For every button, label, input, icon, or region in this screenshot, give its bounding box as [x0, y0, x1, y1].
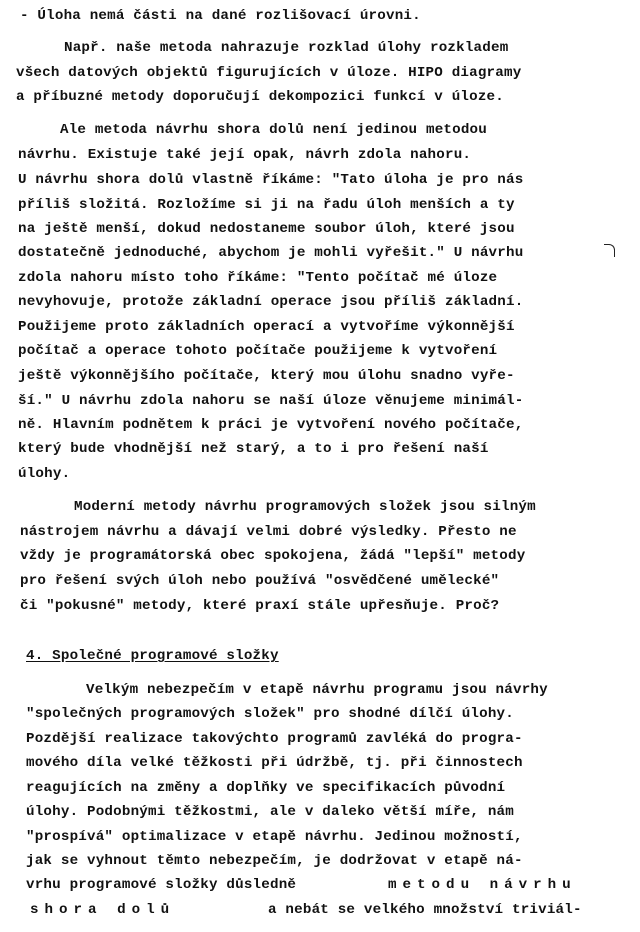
typewritten-page: - Úloha nemá části na dané rozlišovací ú… [0, 0, 640, 932]
text-line: U návrhu shora dolů vlastně říkáme: "Tat… [18, 170, 523, 190]
text-line: Použijeme proto základních operací a vyt… [18, 317, 515, 337]
text-line: ně. Hlavním podnětem k práci je vytvořen… [18, 415, 523, 435]
text-line: pro řešení svých úloh nebo používá "osvě… [20, 571, 499, 591]
text-line: jak se vyhnout těmto nebezpečím, je dodr… [26, 851, 523, 871]
text-line: vrhu programové složky důsledně [26, 875, 296, 895]
text-line: mového díla velké těžkosti při údržbě, t… [26, 753, 523, 773]
emphasized-spaced-text: shora dolů [30, 900, 175, 920]
text-line: reagujících na změny a doplňky ve specif… [26, 778, 505, 798]
text-line: úlohy. [18, 464, 70, 484]
paragraph-start-line: Velkým nebezpečím v etapě návrhu program… [86, 680, 548, 700]
text-line: nevyhovuje, protože základní operace jso… [18, 292, 523, 312]
text-line: ší." U návrhu zdola nahoru se naší úloze… [18, 391, 523, 411]
text-line: Pozdější realizace takovýchto programů z… [26, 729, 523, 749]
text-line: příliš složitá. Rozložíme si ji na řadu … [18, 195, 515, 215]
text-line: počítač a operace tohoto počítače použij… [18, 341, 497, 361]
margin-correction-mark [604, 244, 615, 257]
text-line: a nebát se velkého množství triviál- [268, 900, 582, 920]
text-line: všech datových objektů figurujících v úl… [16, 63, 521, 83]
emphasized-spaced-text: metodu návrhu [388, 875, 577, 895]
text-line: či "pokusné" metody, které praxí stále u… [20, 596, 499, 616]
text-line: - Úloha nemá části na dané rozlišovací ú… [20, 6, 421, 26]
text-line: nástrojem návrhu a dávají velmi dobré vý… [20, 522, 517, 542]
section-heading: 4. Společné programové složky [26, 646, 279, 666]
text-line: "společných programových složek" pro sho… [26, 704, 514, 724]
text-line: ještě výkonnějšího počítače, který mou ú… [18, 366, 515, 386]
paragraph-start-line: Např. naše metoda nahrazuje rozklad úloh… [64, 38, 508, 58]
text-line: a příbuzné metody doporučují dekompozici… [16, 87, 504, 107]
text-line: zdola nahoru místo toho říkáme: "Tento p… [18, 268, 497, 288]
text-line: úlohy. Podobnými těžkostmi, ale v daleko… [26, 802, 514, 822]
text-line: návrhu. Existuje také její opak, návrh z… [18, 145, 471, 165]
text-line: vždy je programátorská obec spokojena, ž… [20, 546, 525, 566]
text-line: na ještě menší, dokud nedostaneme soubor… [18, 219, 515, 239]
text-line: který bude vhodnější než starý, a to i p… [18, 439, 489, 459]
paragraph-start-line: Ale metoda návrhu shora dolů není jedino… [60, 120, 487, 140]
paragraph-start-line: Moderní metody návrhu programových slože… [74, 497, 536, 517]
text-line: dostatečně jednoduché, abychom je mohli … [18, 243, 523, 263]
text-line: "prospívá" optimalizace v etapě návrhu. … [26, 827, 523, 847]
